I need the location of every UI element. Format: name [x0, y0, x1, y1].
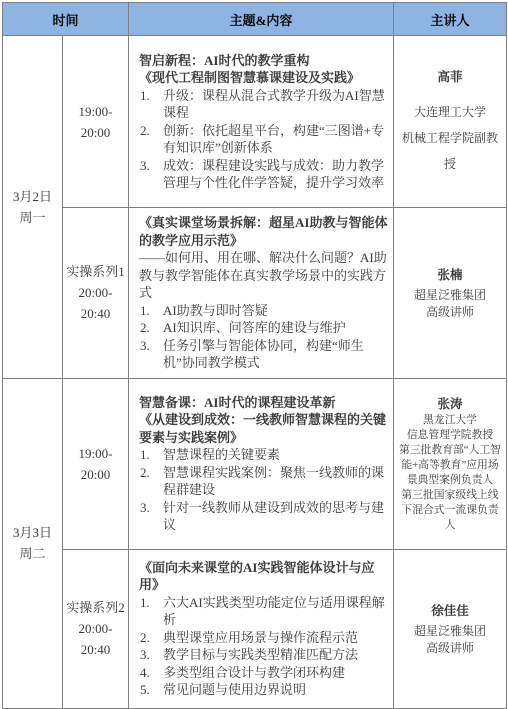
schedule-table: 时间 主题&内容 主讲人 3月2日 周一 19:00- 20:00 智启新程：A… — [2, 2, 507, 709]
session3-title-line2: 《从建设到成效：一线教师智慧课程的关键要素与实践案例》 — [139, 411, 389, 446]
speaker-detail: 超星泛雅集团 高级讲师 — [397, 287, 503, 321]
session3-item: 智慧课程实践案例：聚焦一线教师的课程群建设 — [139, 464, 389, 499]
header-cell-time: 时间 — [3, 3, 129, 36]
speaker-cell-session4: 徐佳佳 超星泛雅集团 高级讲师 — [394, 549, 507, 708]
speaker-detail: 大连理工大学 机械工程学院副教授 — [397, 99, 503, 177]
session2-item: AI助教与即时答疑 — [139, 302, 389, 320]
session2-intro: ——如何用、用在哪、解决什么问题？AI助教与教学智能体在真实教学场景中的实践方式 — [139, 249, 389, 302]
time-cell-session2: 实操系列1 20:00- 20:40 — [63, 208, 129, 379]
session3-item-list: 智慧课程的关键要素 智慧课程实践案例：聚焦一线教师的课程群建设 针对一线教师从建… — [139, 446, 389, 534]
session-row-1: 3月2日 周一 19:00- 20:00 智启新程：AI时代的教学重构 《现代工… — [3, 36, 507, 208]
header-cell-speaker: 主讲人 — [394, 3, 507, 36]
session4-item-list: 六大AI实践类型功能定位与适用课程解析 典型课堂应用场景与操作流程示范 教学目标… — [139, 594, 389, 699]
speaker-detail: 黑龙江大学 信息管理学院教授 第三批教育部“人工智能+高等教育”应用场景典型案例… — [397, 413, 503, 533]
schedule-page: 时间 主题&内容 主讲人 3月2日 周一 19:00- 20:00 智启新程：A… — [0, 0, 508, 700]
speaker-name: 张涛 — [397, 394, 503, 412]
session3-item: 智慧课程的关键要素 — [139, 446, 389, 464]
session3-title-line1: 智慧备课：AI时代的课程建设革新 — [139, 394, 389, 412]
speaker-detail: 超星泛雅集团 高级讲师 — [397, 623, 503, 657]
session1-item-list: 升级：课程从混合式教学升级为AI智慧课程 创新：依托超星平台，构建“三图谱+专有… — [139, 87, 389, 192]
session2-item-list: AI助教与即时答疑 AI知识库、问答库的建设与维护 任务引擎与智能体协同，构建“… — [139, 302, 389, 372]
session-row-4: 实操系列2 20:00- 20:40 《面向未来课堂的AI实践智能体设计与应用》… — [3, 549, 507, 708]
speaker-name: 徐佳佳 — [397, 601, 503, 619]
session4-item: 常见问题与使用边界说明 — [139, 681, 389, 699]
date-cell-day2: 3月3日 周二 — [3, 378, 63, 708]
session4-item: 六大AI实践类型功能定位与适用课程解析 — [139, 594, 389, 629]
session4-title: 《面向未来课堂的AI实践智能体设计与应用》 — [139, 559, 389, 594]
content-cell-session1: 智启新程：AI时代的教学重构 《现代工程制图智慧慕课建设及实践》 升级：课程从混… — [129, 36, 394, 208]
speaker-name: 张楠 — [397, 265, 503, 283]
session4-item: 多类型组合设计与教学闭环构建 — [139, 664, 389, 682]
session1-title-line2: 《现代工程制图智慧慕课建设及实践》 — [139, 69, 389, 87]
session2-title: 《真实课堂场景拆解：超星AI助教与智能体的教学应用示范》 — [139, 214, 389, 249]
time-cell-session4: 实操系列2 20:00- 20:40 — [63, 549, 129, 708]
session1-item: 创新：依托超星平台，构建“三图谱+专有知识库”创新体系 — [139, 122, 389, 157]
session-row-3: 3月3日 周二 19:00- 20:00 智慧备课：AI时代的课程建设革新 《从… — [3, 378, 507, 549]
time-cell-session1: 19:00- 20:00 — [63, 36, 129, 208]
session1-item: 升级：课程从混合式教学升级为AI智慧课程 — [139, 87, 389, 122]
date-cell-day1: 3月2日 周一 — [3, 36, 63, 379]
speaker-name: 高菲 — [397, 67, 503, 85]
session1-title-line1: 智启新程：AI时代的教学重构 — [139, 52, 389, 70]
header-row: 时间 主题&内容 主讲人 — [3, 3, 507, 36]
session-row-2: 实操系列1 20:00- 20:40 《真实课堂场景拆解：超星AI助教与智能体的… — [3, 208, 507, 379]
speaker-cell-session1: 高菲 大连理工大学 机械工程学院副教授 — [394, 36, 507, 208]
session1-item: 成效：课程建设实践与成效：助力教学管理与个性化伴学答疑，提升学习效率 — [139, 157, 389, 192]
content-cell-session2: 《真实课堂场景拆解：超星AI助教与智能体的教学应用示范》 ——如何用、用在哪、解… — [129, 208, 394, 379]
speaker-cell-session2: 张楠 超星泛雅集团 高级讲师 — [394, 208, 507, 379]
session4-item: 典型课堂应用场景与操作流程示范 — [139, 629, 389, 647]
session4-item: 教学目标与实践类型精准匹配方法 — [139, 646, 389, 664]
session2-item: AI知识库、问答库的建设与维护 — [139, 319, 389, 337]
time-cell-session3: 19:00- 20:00 — [63, 378, 129, 549]
session2-item: 任务引擎与智能体协同，构建“师生机”协同教学模式 — [139, 337, 389, 372]
speaker-cell-session3: 张涛 黑龙江大学 信息管理学院教授 第三批教育部“人工智能+高等教育”应用场景典… — [394, 378, 507, 549]
header-cell-topic: 主题&内容 — [129, 3, 394, 36]
session3-item: 针对一线教师从建设到成效的思考与建议 — [139, 499, 389, 534]
content-cell-session3: 智慧备课：AI时代的课程建设革新 《从建设到成效：一线教师智慧课程的关键要素与实… — [129, 378, 394, 549]
content-cell-session4: 《面向未来课堂的AI实践智能体设计与应用》 六大AI实践类型功能定位与适用课程解… — [129, 549, 394, 708]
